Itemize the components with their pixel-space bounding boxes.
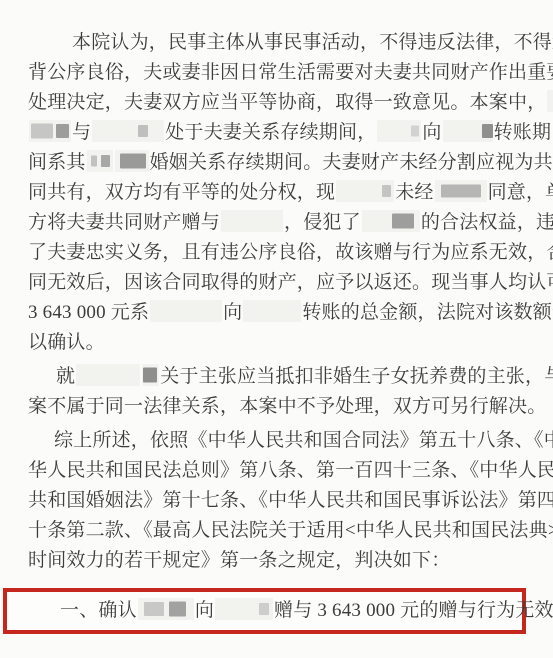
text-segment: 就 <box>56 366 75 387</box>
redaction-box <box>362 210 420 232</box>
text-segment: 时间效力的若干规定》第一条之规定，判决如下： <box>28 550 450 571</box>
text-segment: 方将夫妻共同财产赠与 <box>28 212 220 233</box>
court-judgment-document: 本院认为，民事主体从事民事活动，不得违反法律，不得违背公序良俗，夫或妻非因日常生… <box>28 28 526 634</box>
text-segment: 十条第二款、《最高人民法院关于适用<中华人民共和国民法典> <box>28 520 553 541</box>
redaction-mark <box>91 156 97 167</box>
redaction-mark <box>138 125 148 137</box>
redaction-mark <box>144 602 164 616</box>
document-line: 一、确认向赠与 3 643 000 元的赠与行为无效； <box>32 596 520 626</box>
text-segment: 共和国婚姻法》第十七条、《中华人民共和国民事诉讼法》第四 <box>28 490 553 511</box>
text-segment: 华人民共和国民法总则》第八条、第一百四十三条、《中华人民 <box>28 460 553 481</box>
redaction-mark <box>56 124 69 138</box>
redaction-box <box>115 150 149 172</box>
redaction-box <box>243 300 301 322</box>
text-segment: 本院认为，民事主体从事民事活动，不得违反法律，不得违 <box>72 32 553 53</box>
text-segment: 以确认。 <box>28 332 105 353</box>
document-line: 3 643 000 元系向转账的总金额，法院对该数额予 <box>28 298 526 328</box>
redaction-mark <box>411 126 419 137</box>
document-line: 就关于主张应当抵扣非婚生子女抚养费的主张，与本 <box>28 362 526 392</box>
text-segment: 处理决定，夫妻双方应当平等协商，取得一致意见。本案中， <box>28 92 546 113</box>
text-segment: 间系其 <box>28 152 86 173</box>
redaction-mark <box>169 602 186 617</box>
redaction-box <box>336 180 394 202</box>
document-line: 处理决定，夫妻双方应当平等协商，取得一致意见。本案中， <box>28 88 526 118</box>
redaction-box <box>142 364 159 386</box>
redaction-box <box>435 180 487 202</box>
document-line: 同共有，双方均有平等的处分权，现未经同意，单 <box>28 178 526 208</box>
text-segment: 一、确认 <box>60 600 137 621</box>
scanned-judgment-page: { "page": { "paper_color": "#fbfbf9", "i… <box>0 0 553 658</box>
text-segment: 同无效后，因该合同取得的财产，应予以返还。现当事人均认可 <box>28 272 553 293</box>
redaction-box <box>547 90 553 112</box>
text-segment: ，侵犯了 <box>284 212 361 233</box>
text-segment: 背公序良俗，夫或妻非因日常生活需要对夫妻共同财产作出重要 <box>28 62 553 83</box>
document-line: 时间效力的若干规定》第一条之规定，判决如下： <box>28 546 526 576</box>
redaction-mark <box>259 603 269 615</box>
text-segment: 同意，单 <box>488 182 553 203</box>
text-segment: 赠与 3 643 000 元的赠与行为无效； <box>274 600 553 621</box>
text-segment: 案不属于同一法律关系，本案中不予处理，双方可另行解决。 <box>28 396 546 417</box>
document-line: 案不属于同一法律关系，本案中不予处理，双方可另行解决。 <box>28 392 526 422</box>
redaction-mark <box>101 155 110 167</box>
document-line: 共和国婚姻法》第十七条、《中华人民共和国民事诉讼法》第四 <box>28 486 526 516</box>
redaction-box <box>221 210 283 232</box>
redaction-box <box>29 120 71 142</box>
document-line: 与处于夫妻关系存续期间，向转账期 <box>28 118 526 148</box>
document-line: 同无效后，因该合同取得的财产，应予以返还。现当事人均认可 <box>28 268 526 298</box>
text-segment: 向 <box>223 302 242 323</box>
text-segment: 处于夫妻关系存续期间， <box>165 122 376 143</box>
text-segment: 同共有，双方均有平等的处分权，现 <box>28 182 335 203</box>
redaction-box <box>443 120 493 142</box>
redaction-mark <box>482 124 493 138</box>
redaction-box <box>76 364 140 386</box>
document-line: 综上所述，依照《中华人民共和国合同法》第五十八条、《中 <box>28 426 526 456</box>
document-line: 以确认。 <box>28 328 526 358</box>
document-line: 背公序良俗，夫或妻非因日常生活需要对夫妻共同财产作出重要 <box>28 58 526 88</box>
text-segment: 向 <box>422 122 441 143</box>
redaction-box <box>150 300 222 322</box>
document-line: 了夫妻忠实义务，且有违公序良俗，故该赠与行为应系无效，合 <box>28 238 526 268</box>
redaction-box <box>92 120 164 142</box>
redaction-mark <box>143 368 157 383</box>
text-segment: 向 <box>195 600 214 621</box>
text-segment: 转账期 <box>494 122 552 143</box>
redaction-box <box>87 150 113 172</box>
text-segment: 与 <box>72 122 91 143</box>
text-segment: 3 643 000 元系 <box>28 302 149 323</box>
document-line: 本院认为，民事主体从事民事活动，不得违反法律，不得违 <box>28 28 526 58</box>
text-segment: 的合法权益，违背 <box>421 212 553 233</box>
redaction-box <box>377 120 421 142</box>
text-segment: 未经 <box>395 182 433 203</box>
redaction-mark <box>382 185 391 197</box>
document-line: 方将夫妻共同财产赠与，侵犯了的合法权益，违背 <box>28 208 526 238</box>
document-line: 华人民共和国民法总则》第八条、第一百四十三条、《中华人民 <box>28 456 526 486</box>
text-segment: 婚姻关系存续期间。夫妻财产未经分割应视为共 <box>150 152 553 173</box>
redaction-mark <box>120 154 146 169</box>
redaction-mark <box>392 214 414 229</box>
document-line: 十条第二款、《最高人民法院关于适用<中华人民共和国民法典> <box>28 516 526 546</box>
text-segment: 关于主张应当抵扣非婚生子女抚养费的主张，与本 <box>160 366 553 387</box>
redaction-box <box>215 598 273 620</box>
redaction-mark <box>441 185 481 198</box>
redaction-box <box>138 598 194 620</box>
text-segment: 转账的总金额，法院对该数额予 <box>302 302 553 323</box>
text-segment: 综上所述，依照《中华人民共和国合同法》第五十八条、《中 <box>54 430 553 451</box>
text-segment: 了夫妻忠实义务，且有违公序良俗，故该赠与行为应系无效，合 <box>28 242 553 263</box>
judgment-highlight-box: 一、确认向赠与 3 643 000 元的赠与行为无效； <box>3 588 526 634</box>
redaction-mark <box>31 124 53 139</box>
document-line: 间系其婚姻关系存续期间。夫妻财产未经分割应视为共 <box>28 148 526 178</box>
